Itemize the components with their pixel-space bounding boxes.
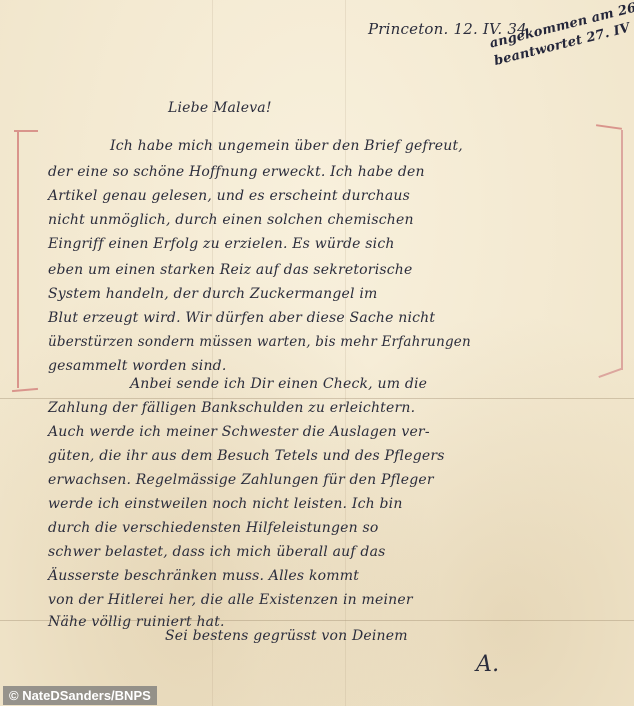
margin-bracket-mark [621,130,623,370]
body-line: Zahlung der fälligen Bankschulden zu erl… [48,400,415,416]
body-line: nicht unmöglich, durch einen solchen che… [48,212,414,228]
receipt-annotation: angekommen am 26. beantwortet 27. IV [488,0,634,71]
body-line: überstürzen sondern müssen warten, bis m… [48,334,471,350]
body-line: der eine so schöne Hoffnung erweckt. Ich… [48,164,425,180]
margin-bracket-mark [596,124,622,130]
body-line: von der Hitlerei her, die alle Existenze… [48,592,413,608]
body-line: Äusserste beschränken muss. Alles kommt [48,568,359,584]
margin-bracket-mark [17,132,19,388]
margin-bracket-mark [598,368,621,378]
body-line: schwer belastet, dass ich mich überall a… [48,544,386,560]
margin-bracket-mark [12,388,38,392]
body-line: erwachsen. Regelmässige Zahlungen für de… [48,472,434,488]
body-line: Blut erzeugt wird. Wir dürfen aber diese… [48,310,435,326]
closing: Sei bestens gegrüsst von Deinem [165,628,408,644]
signature: A. [476,652,499,677]
body-line: Auch werde ich meiner Schwester die Ausl… [48,424,430,440]
body-line: gesammelt worden sind. [48,358,226,374]
letter-page: Princeton. 12. IV. 34 angekommen am 26. … [0,0,634,706]
fold-line-horizontal [0,398,634,399]
body-line: Anbei sende ich Dir einen Check, um die [130,376,427,392]
body-line: güten, die ihr aus dem Besuch Tetels und… [48,448,445,464]
body-line: eben um einen starken Reiz auf das sekre… [48,262,413,278]
body-line: werde ich einstweilen noch nicht leisten… [48,496,403,512]
body-line: Ich habe mich ungemein über den Brief ge… [110,138,463,154]
salutation: Liebe Maleva! [168,100,272,116]
body-line: durch die verschiedensten Hilfeleistunge… [48,520,379,536]
photo-credit: © NateDSanders/BNPS [3,686,157,705]
body-line: System handeln, der durch Zuckermangel i… [48,286,378,302]
body-line: Artikel genau gelesen, und es erscheint … [48,188,410,204]
body-line: Eingriff einen Erfolg zu erzielen. Es wü… [48,236,395,252]
